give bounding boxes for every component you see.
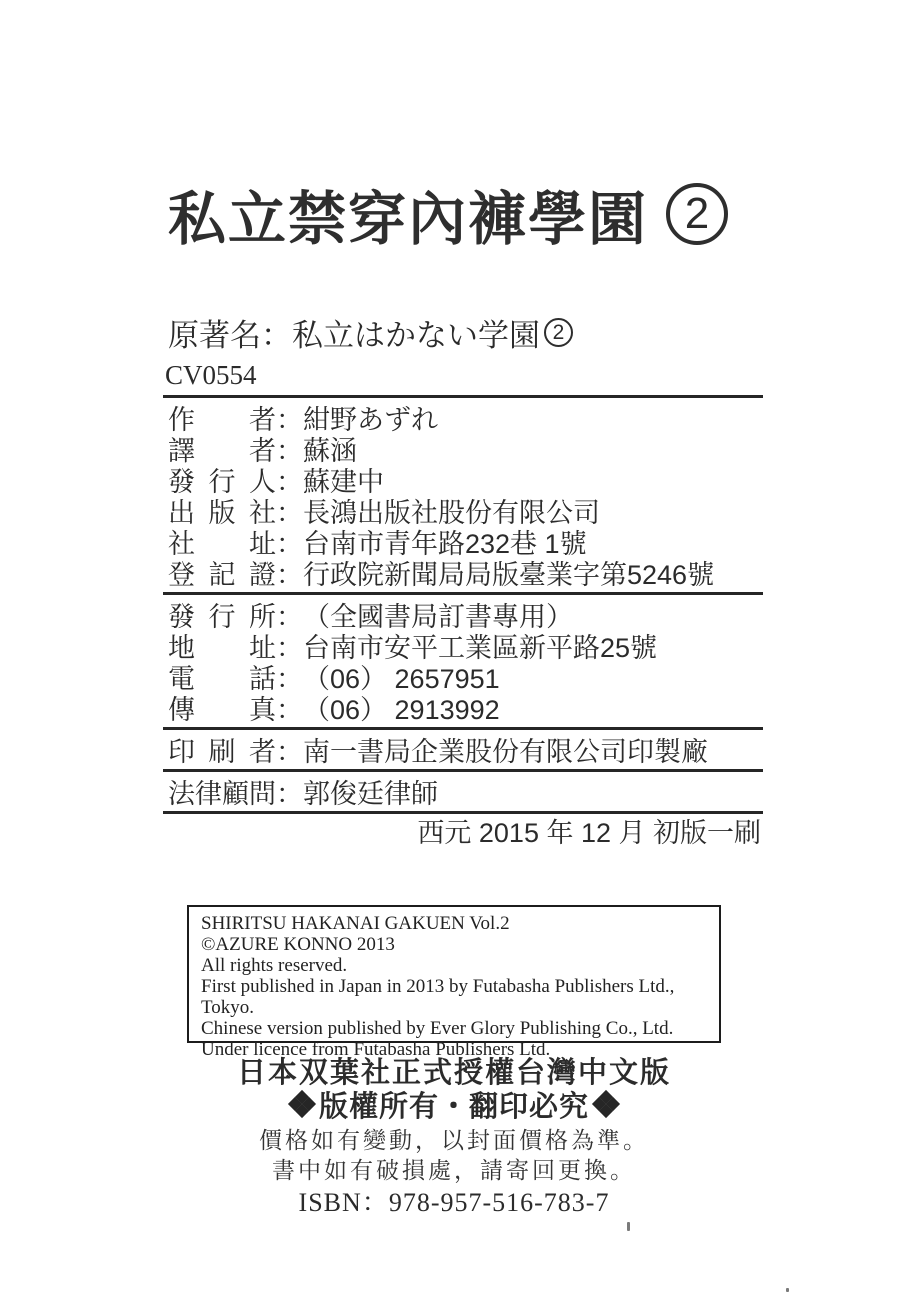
info-colon: ： xyxy=(276,772,303,811)
info-label: 法律顧問 xyxy=(168,772,276,811)
colophon-section-distribution: 發行所：（全國書局訂書專用） 地址：台南市安平工業區新平路25號 電話：（06）… xyxy=(163,595,763,730)
original-title-row: 原著名：私立はかない学園 2 xyxy=(168,312,573,352)
scan-speck xyxy=(786,1288,789,1292)
info-colon: ： xyxy=(276,730,303,769)
damage-note: 書中如有破損處，請寄回更換。 xyxy=(98,1152,810,1182)
catalog-code: CV0554 xyxy=(163,360,763,398)
colophon-section-legal: 法律顧問：郭俊廷律師 xyxy=(163,772,763,814)
license-line-first-published: First published in Japan in 2013 by Futa… xyxy=(201,976,707,1018)
info-label: 傳真 xyxy=(168,688,276,727)
diamond-icon xyxy=(593,1091,619,1117)
colophon-section-publisher: 作者：紺野あずれ 譯者：蘇涵 發行人：蘇建中 出版社：長鴻出版社股份有限公司 社… xyxy=(163,398,763,595)
info-row-fax: 傳真：（06） 2913992 xyxy=(163,692,763,723)
book-title-row: 私立禁穿內褲學園 2 xyxy=(168,172,728,256)
original-volume-badge: 2 xyxy=(544,318,573,347)
license-line-rights: All rights reserved. xyxy=(201,955,707,976)
info-label: 登記證 xyxy=(168,553,276,592)
price-note: 價格如有變動，以封面價格為準。 xyxy=(98,1122,810,1152)
info-colon: ： xyxy=(276,553,303,592)
original-title-text: 私立はかない学園 xyxy=(292,310,540,355)
info-row-printer: 印刷者：南一書局企業股份有限公司印製廠 xyxy=(163,734,763,765)
original-title-separator: ： xyxy=(261,310,292,355)
footer: 日本双葉社正式授權台灣中文版 版權所有・翻印必究 價格如有變動，以封面價格為準。… xyxy=(98,1050,810,1216)
info-label: 印刷者 xyxy=(168,730,276,769)
isbn-value: 978-957-516-783-7 xyxy=(389,1188,610,1217)
copyright-notice-line: 版權所有・翻印必究 xyxy=(98,1086,810,1122)
edition-date-line: 西元 2015 年 12 月 初版一刷 xyxy=(163,814,763,852)
license-line-title: SHIRITSU HAKANAI GAKUEN Vol.2 xyxy=(201,913,707,934)
license-line-copyright: ©AZURE KONNO 2013 xyxy=(201,934,707,955)
authorization-line: 日本双葉社正式授權台灣中文版 xyxy=(98,1050,810,1086)
info-row-registration: 登記證：行政院新聞局局版臺業字第5246號 xyxy=(163,557,763,588)
info-value: 南一書局企業股份有限公司印製廠 xyxy=(303,730,708,769)
license-box: SHIRITSU HAKANAI GAKUEN Vol.2 ©AZURE KON… xyxy=(187,905,721,1043)
info-row-legal-advisor: 法律顧問：郭俊廷律師 xyxy=(163,776,763,807)
book-title: 私立禁穿內褲學園 xyxy=(168,172,648,256)
info-value: 行政院新聞局局版臺業字第5246號 xyxy=(303,553,714,592)
isbn-line: ISBN：978-957-516-783-7 xyxy=(98,1182,810,1216)
diamond-icon xyxy=(289,1091,315,1117)
info-value: 郭俊廷律師 xyxy=(303,772,438,811)
colophon: CV0554 作者：紺野あずれ 譯者：蘇涵 發行人：蘇建中 出版社：長鴻出版社股… xyxy=(163,360,763,852)
copyright-notice-text: 版權所有・翻印必究 xyxy=(319,1084,589,1125)
info-value: （06） 2913992 xyxy=(303,688,500,727)
scan-speck xyxy=(627,1222,630,1231)
isbn-separator: ： xyxy=(362,1188,389,1217)
colophon-section-printer: 印刷者：南一書局企業股份有限公司印製廠 xyxy=(163,730,763,772)
license-line-chinese-version: Chinese version published by Ever Glory … xyxy=(201,1018,707,1039)
isbn-label: ISBN xyxy=(299,1188,362,1217)
volume-badge: 2 xyxy=(666,183,728,245)
original-title-label: 原著名 xyxy=(168,310,261,355)
info-colon: ： xyxy=(276,688,303,727)
